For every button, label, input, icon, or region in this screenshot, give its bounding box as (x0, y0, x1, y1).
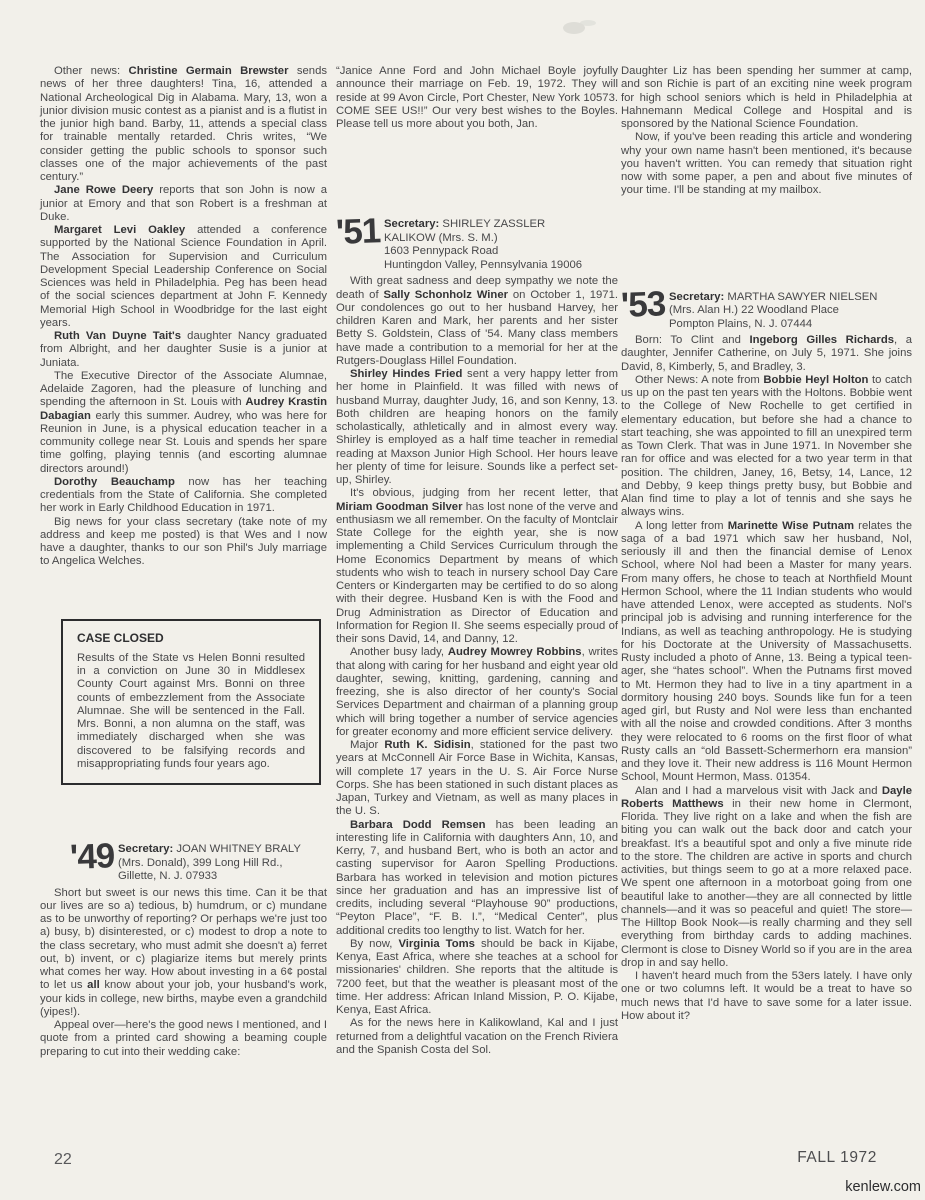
text-run: By now, (350, 938, 398, 950)
paragraph: The Executive Director of the Associate … (40, 370, 327, 476)
paragraph: Born: To Clint and Ingeborg Gilles Richa… (621, 334, 912, 374)
paragraph: Dorothy Beauchamp now has her teaching c… (40, 476, 327, 516)
text-run: Big news for your class secretary (take … (40, 516, 327, 568)
column-right: Daughter Liz has been spending her summe… (621, 65, 912, 1023)
paragraph: Short but sweet is our news this time. C… (40, 887, 327, 1020)
page-number: 22 (54, 1151, 72, 1169)
text-run: Short but sweet is our news this time. C… (40, 887, 327, 992)
secretary-address: Secretary: MARTHA SAWYER NIELSEN(Mrs. Al… (669, 290, 877, 332)
secretary-label: Secretary: (669, 291, 727, 303)
column-left: Other news: Christine Germain Brewster s… (40, 65, 327, 1059)
paragraph: Another busy lady, Audrey Mowrey Robbins… (336, 646, 618, 739)
text-run: sent a very happy letter from her home i… (336, 368, 618, 486)
text-run: As for the news here in Kalikowland, Kal… (336, 1017, 618, 1056)
paragraph: Ruth Van Duyne Tait's daughter Nancy gra… (40, 330, 327, 370)
person-name: Ruth Van Duyne Tait's (54, 330, 181, 342)
paragraph: Now, if you've been reading this article… (621, 131, 912, 197)
spacer (40, 785, 327, 840)
paragraph: Major Ruth K. Sidisin, stationed for the… (336, 739, 618, 819)
paragraph: Big news for your class secretary (take … (40, 516, 327, 569)
text-run: has lost none of the verve and enthusias… (336, 501, 618, 646)
text-run: in their new home in Clermont, Florida. … (621, 798, 912, 969)
paragraph: Margaret Levi Oakley attended a conferen… (40, 224, 327, 330)
person-name: Virginia Toms (398, 938, 475, 950)
text-run: Now, if you've been reading this article… (621, 131, 912, 196)
text-run: Another busy lady, (350, 646, 448, 658)
person-name: Barbara Dodd Remsen (350, 819, 486, 831)
text-run: attended a conference supported by the N… (40, 224, 327, 329)
column-middle: “Janice Anne Ford and John Michael Boyle… (336, 65, 618, 1057)
text-run: Other News: A note from (635, 374, 763, 386)
secretary-address: Secretary: SHIRLEY ZASSLERKALIKOW (Mrs. … (384, 217, 582, 272)
text-run: A long letter from (635, 520, 728, 532)
class-year-heading: '53Secretary: MARTHA SAWYER NIELSEN(Mrs.… (621, 290, 912, 332)
paragraph: I haven't heard much from the 53ers late… (621, 970, 912, 1023)
paragraph: It's obvious, judging from her recent le… (336, 487, 618, 646)
issue-label: FALL 1972 (797, 1149, 877, 1167)
person-name: Bobbie Heyl Holton (763, 374, 868, 386)
spacer (40, 569, 327, 619)
case-closed-title: CASE CLOSED (77, 632, 305, 645)
person-name: Margaret Levi Oakley (54, 224, 185, 236)
paragraph: Appeal over—here's the good news I menti… (40, 1019, 327, 1059)
watermark: kenlew.com (845, 1179, 921, 1195)
text-run: has been leading an interesting life in … (336, 819, 618, 937)
text-run: Alan and I had a marvelous visit with Ja… (635, 785, 882, 797)
paragraph: Other news: Christine Germain Brewster s… (40, 65, 327, 184)
text-run: Major (350, 739, 384, 751)
text-run: I haven't heard much from the 53ers late… (621, 970, 912, 1022)
text-run: relates the saga of a bad 1971 which saw… (621, 520, 912, 784)
paragraph: Shirley Hindes Fried sent a very happy l… (336, 368, 618, 487)
paragraph: With great sadness and deep sympathy we … (336, 275, 618, 368)
case-closed-box: CASE CLOSEDResults of the State vs Helen… (61, 619, 321, 786)
person-name: Shirley Hindes Fried (350, 368, 462, 380)
secretary-label: Secretary: (118, 843, 176, 855)
secretary-line: Secretary: MARTHA SAWYER NIELSEN (669, 291, 877, 305)
case-closed-body: Results of the State vs Helen Bonni resu… (77, 652, 305, 771)
text-run: to catch us up on the past ten years wit… (621, 374, 912, 519)
paragraph: Alan and I had a marvelous visit with Ja… (621, 785, 912, 971)
paragraph: By now, Virginia Toms should be back in … (336, 938, 618, 1018)
paragraph: Other News: A note from Bobbie Heyl Holt… (621, 374, 912, 520)
spacer (621, 198, 912, 288)
secretary-line: Huntingdon Valley, Pennsylvania 19006 (384, 259, 582, 273)
paragraph: “Janice Anne Ford and John Michael Boyle… (336, 65, 618, 131)
text-run: Appeal over—here's the good news I menti… (40, 1019, 327, 1058)
secretary-line: Pompton Plains, N. J. 07444 (669, 318, 877, 332)
person-name: Ingeborg Gilles Richards (749, 334, 894, 346)
secretary-line: Secretary: JOAN WHITNEY BRALY (118, 843, 301, 857)
person-name: all (87, 979, 100, 991)
secretary-line: (Mrs. Donald), 399 Long Hill Rd., (118, 857, 301, 871)
secretary-line: Secretary: SHIRLEY ZASSLER (384, 218, 582, 232)
secretary-line: (Mrs. Alan H.) 22 Woodland Place (669, 304, 877, 318)
secretary-address: Secretary: JOAN WHITNEY BRALY(Mrs. Donal… (118, 842, 301, 884)
person-name: Dorothy Beauchamp (54, 476, 175, 488)
class-year-numeral: '51 (335, 216, 384, 248)
ink-smudge (563, 22, 585, 34)
secretary-line: 1603 Pennypack Road (384, 245, 582, 259)
magazine-page: Other news: Christine Germain Brewster s… (0, 0, 925, 1200)
class-year-heading: '51Secretary: SHIRLEY ZASSLERKALIKOW (Mr… (336, 217, 618, 272)
paragraph: Jane Rowe Deery reports that son John is… (40, 184, 327, 224)
paragraph: Barbara Dodd Remsen has been leading an … (336, 819, 618, 938)
class-year-heading: '49Secretary: JOAN WHITNEY BRALY(Mrs. Do… (70, 842, 327, 884)
person-name: Sally Schonholz Winer (383, 289, 508, 301)
class-year-numeral: '53 (620, 289, 669, 321)
secretary-line: Gillette, N. J. 07933 (118, 870, 301, 884)
person-name: Christine Germain Brewster (129, 65, 289, 77)
text-run: Daughter Liz has been spending her summe… (621, 65, 912, 130)
spacer (336, 131, 618, 215)
person-name: Ruth K. Sidisin (384, 739, 470, 751)
person-name: Audrey Mowrey Robbins (448, 646, 582, 658)
text-run: Other news: (54, 65, 129, 77)
text-run: sends news of her three daughters! Tina,… (40, 65, 327, 183)
secretary-line: KALIKOW (Mrs. S. M.) (384, 232, 582, 246)
text-run: “Janice Anne Ford and John Michael Boyle… (336, 65, 618, 130)
person-name: Marinette Wise Putnam (728, 520, 854, 532)
person-name: Jane Rowe Deery (54, 184, 153, 196)
text-run: , writes that along with caring for her … (336, 646, 618, 738)
class-year-numeral: '49 (69, 841, 118, 873)
secretary-label: Secretary: (384, 218, 442, 230)
person-name: Miriam Goodman Silver (336, 501, 462, 513)
paragraph: Daughter Liz has been spending her summe… (621, 65, 912, 131)
text-run: Born: To Clint and (635, 334, 749, 346)
paragraph: As for the news here in Kalikowland, Kal… (336, 1017, 618, 1057)
text-run: It's obvious, judging from her recent le… (350, 487, 618, 499)
paragraph: A long letter from Marinette Wise Putnam… (621, 520, 912, 785)
